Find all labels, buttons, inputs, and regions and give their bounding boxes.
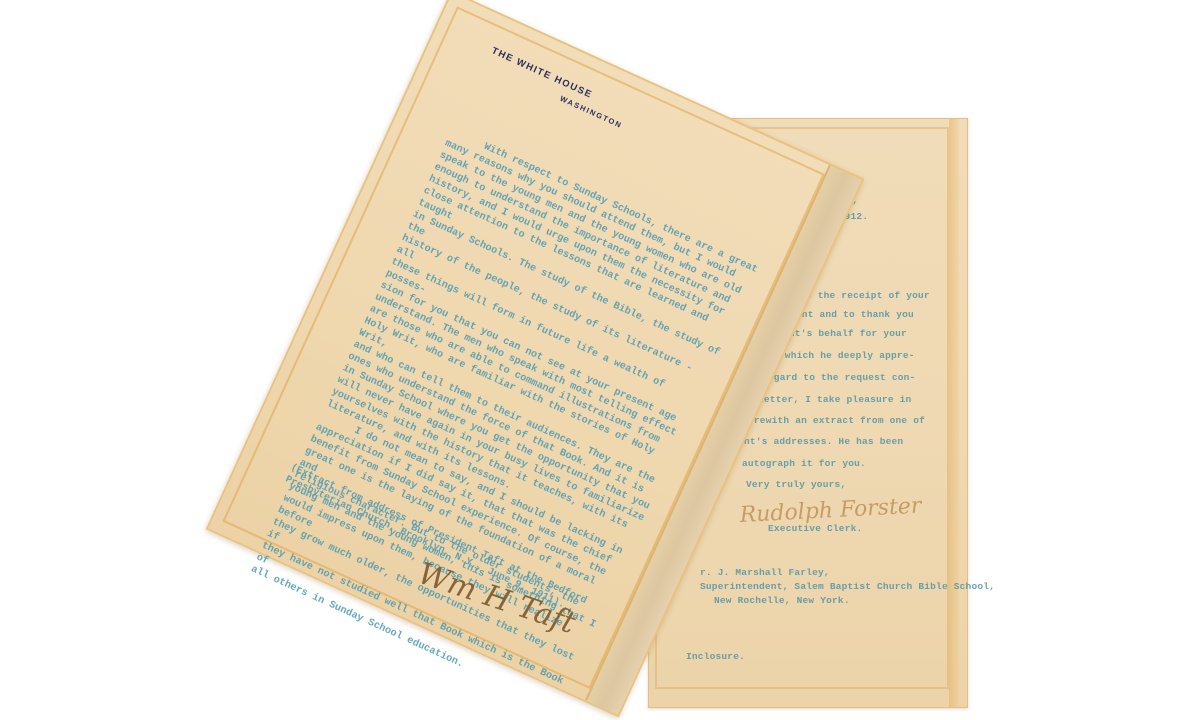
back-letter-line: nt's addresses. He has been [744,436,903,447]
recipient-name: r. J. Marshall Farley, [700,567,830,578]
back-letter-signer-title: Executive Clerk. [768,523,862,534]
back-letter-line: ge the receipt of your [800,290,930,301]
back-letter-closing: Very truly yours, [746,479,846,490]
back-letter-line: erewith an extract from one of [748,415,925,426]
back-letter-line: ment and to thank you [790,309,914,320]
recipient-line: New Rochelle, New York. [714,595,850,606]
enclosure-note: Inclosure. [686,651,745,662]
back-letter-line: autograph it for you. [742,458,866,469]
document-photo: y, Massachusetts, eptember 17, 1912. ge … [0,0,1179,720]
back-letter-line: , which he deeply appre- [773,350,915,361]
recipient-line: Superintendent, Salem Baptist Church Bib… [700,581,995,592]
back-letter-line: regard to the request con- [762,372,915,383]
back-letter-line: ent's behalf for your [783,328,907,339]
back-letter-line: letter, I take pleasure in [758,394,911,405]
